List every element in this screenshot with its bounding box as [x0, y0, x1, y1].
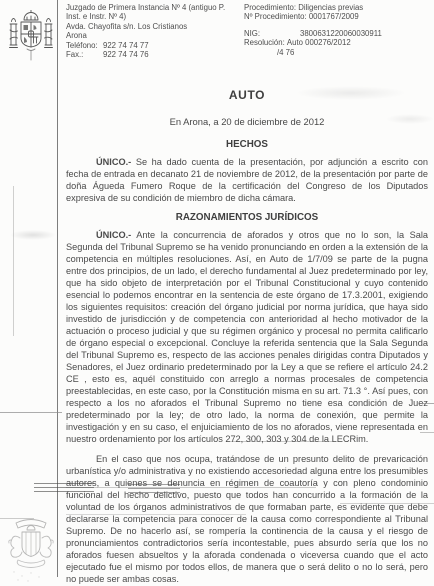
hechos-paragraph: ÚNICO.- Se ha dado cuenta de la presenta…	[66, 156, 428, 204]
resolution-continuation: /4 76	[244, 48, 432, 57]
document-body: AUTO En Arona, a 20 de diciembre de 2012…	[66, 88, 428, 586]
resolution-label: Resolución:	[244, 38, 285, 47]
razonamientos-paragraph-2: En el caso que nos ocupa, tratándose de …	[66, 453, 428, 585]
scan-line-artifact	[0, 412, 62, 413]
court-address: Avda. Chayofita s/n. Los Cristianos	[66, 22, 246, 31]
nig-value: 3800631220060030911	[300, 29, 382, 38]
razonamientos-paragraph-lead: ÚNICO.-	[96, 230, 131, 240]
case-info-block: Procedimiento: Diligencias previas Nº Pr…	[244, 3, 432, 57]
fax-label: Fax.:	[66, 50, 103, 59]
scan-fold-line	[13, 186, 14, 336]
court-info-block: Juzgado de Primera Instancia Nº 4 (antig…	[66, 3, 246, 59]
court-city: Arona	[66, 31, 246, 40]
spanish-coat-of-arms-icon	[7, 10, 55, 75]
document-page: Juzgado de Primera Instancia Nº 4 (antig…	[0, 0, 434, 586]
hechos-heading: HECHOS	[66, 139, 428, 150]
razonamientos-paragraph-2-text: En el caso que nos ocupa, tratándose de …	[66, 454, 428, 584]
court-name-line1: Juzgado de Primera Instancia Nº 4 (antig…	[66, 3, 246, 12]
court-phone-row: Teléfono:922 74 74 77	[66, 41, 246, 50]
procedure-value: Diligencias previas	[298, 3, 363, 12]
procedure-number-label: Nº Procedimiento:	[244, 12, 307, 21]
procedure-row: Procedimiento: Diligencias previas	[244, 3, 432, 12]
dateline: En Arona, a 20 de diciembre de 2012	[66, 116, 428, 127]
nig-row: NIG:3800631220060030911	[244, 29, 432, 38]
resolution-value: Auto 000276/2012	[287, 38, 351, 47]
hechos-paragraph-lead: ÚNICO.-	[96, 157, 131, 167]
razonamientos-paragraph-1: ÚNICO.- Ante la concurrencia de aforados…	[66, 229, 428, 445]
court-fax-row: Fax.:922 74 74 76	[66, 50, 246, 59]
phone-value: 922 74 74 77	[103, 41, 149, 50]
official-seal-stamp-icon	[4, 514, 58, 586]
procedure-number-value: 0001767/2009	[309, 12, 359, 21]
court-name-line2: Inst. e Instr. Nº 4)	[66, 12, 246, 21]
procedure-number-row: Nº Procedimiento: 0001767/2009	[244, 12, 432, 21]
left-margin-rule	[57, 0, 58, 577]
resolution-row: Resolución: Auto 000276/2012	[244, 38, 432, 47]
nig-label: NIG:	[244, 29, 300, 38]
razonamientos-heading: RAZONAMIENTOS JURÍDICOS	[66, 212, 428, 223]
fax-value: 922 74 74 76	[103, 50, 149, 59]
document-title: AUTO	[66, 88, 428, 102]
procedure-label: Procedimiento:	[244, 3, 296, 12]
scan-smudge	[10, 230, 56, 240]
phone-label: Teléfono:	[66, 41, 103, 50]
razonamientos-paragraph-1-text: Ante la concurrencia de aforados y otros…	[66, 230, 428, 444]
